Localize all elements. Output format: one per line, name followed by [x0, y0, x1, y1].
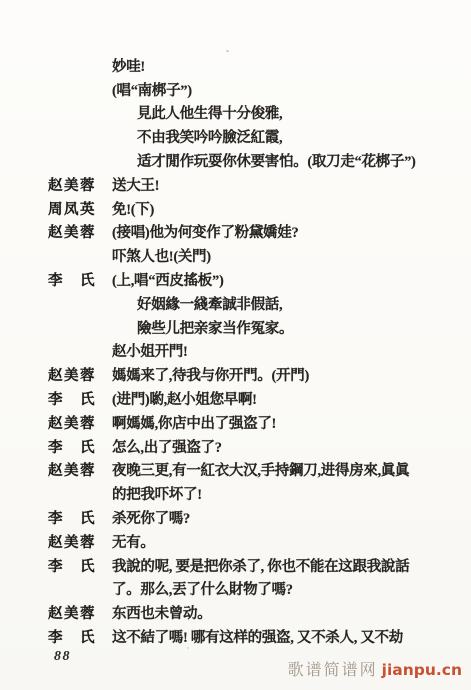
dialogue-text: 我說的呢, 要是把你杀了, 你也不能在这跟我說話 [112, 555, 409, 576]
dialogue-text: (接唱)他为何变作了粉黛嬌娃? [112, 221, 298, 242]
watermark-site-name: 歌谱简谱网 [288, 662, 378, 679]
speaker-name: 李 氏 [48, 626, 96, 647]
script-line: 赵美蓉啊媽媽,你店中出了强盗了! [0, 411, 471, 435]
speaker-name: 李 氏 [48, 436, 96, 457]
script-line: 赵美蓉夜晚三更,有一紅衣大汉,手持鋼刀,进得房來,眞眞 [0, 459, 471, 483]
dialogue-text: 这不結了嗎! 哪有这样的强盗, 又不杀人, 又不劫 [112, 626, 403, 647]
dialogue-text: (唱“南梆子”) [112, 79, 192, 100]
speaker-name: 赵美蓉 [48, 459, 96, 480]
dialogue-text: 赵小姐开門! [112, 340, 188, 361]
lyric-line: 适才閒作玩耍你休要害怕。(取刀走“花梆子”) [137, 150, 416, 171]
script-line: 妙哇! [0, 54, 471, 78]
script-line: 赵小姐开門! [0, 340, 471, 364]
lyric-line: 險些儿把亲家当作冤家。 [137, 317, 293, 338]
speaker-name: 赵美蓉 [48, 221, 96, 242]
lyric-line: 不由我笑吟吟臉泛紅霞, [137, 126, 282, 147]
dialogue-text: 啊媽媽,你店中出了强盗了! [112, 412, 276, 433]
dialogue-text: 免!(下) [112, 198, 154, 219]
speaker-name: 李 氏 [48, 388, 96, 409]
speaker-name: 周凤英 [48, 198, 96, 219]
dialogue-text: (上,唱“西皮搖板”) [112, 269, 223, 290]
page-number: 88 [54, 649, 71, 665]
watermark-site-url: jianpu.cn [382, 661, 462, 679]
scanned-script-page: 妙哇!(唱“南梆子”)見此人他生得十分俊雅,不由我笑吟吟臉泛紅霞,适才閒作玩耍你… [0, 0, 471, 690]
script-line: (唱“南梆子”) [0, 78, 471, 102]
speaker-name: 李 氏 [48, 269, 96, 290]
dialogue-text: 的把我吓坏了! [112, 483, 202, 504]
watermark: 歌谱简谱网 jianpu.cn [288, 657, 462, 680]
speaker-name: 赵美蓉 [48, 602, 96, 623]
script-line: 赵美蓉(接唱)他为何变作了粉黛嬌娃? [0, 221, 471, 245]
script-line: 适才閒作玩耍你休要害怕。(取刀走“花梆子”) [0, 149, 471, 173]
dialogue-text: 送大王! [112, 174, 159, 195]
script-line: 的把我吓坏了! [0, 482, 471, 506]
script-line: 赵美蓉东西也未曾动。 [0, 601, 471, 625]
script-line: 赵美蓉无有。 [0, 530, 471, 554]
speaker-name: 赵美蓉 [48, 174, 96, 195]
dialogue-text: 夜晚三更,有一紅衣大汉,手持鋼刀,进得房來,眞眞 [112, 459, 409, 480]
script-line: 赵美蓉媽媽来了,待我与你开門。(开門) [0, 363, 471, 387]
dialogue-text: 媽媽来了,待我与你开門。(开門) [112, 364, 309, 385]
dialogue-text: 东西也未曾动。 [112, 602, 211, 623]
script-line: 吓煞人也!(关門) [0, 244, 471, 268]
dialogue-text: 吓煞人也!(关門) [112, 245, 211, 266]
script-line: 了。那么,丟了什么財物了嗎? [0, 578, 471, 602]
dialogue-text: 妙哇! [112, 55, 145, 76]
lyric-line: 見此人他生得十分俊雅, [137, 102, 282, 123]
scan-speck [226, 50, 229, 52]
speaker-name: 赵美蓉 [48, 412, 96, 433]
speaker-name: 李 氏 [48, 507, 96, 528]
script-line: 李 氏这不結了嗎! 哪有这样的强盗, 又不杀人, 又不劫 [0, 625, 471, 649]
dialogue-text: 无有。 [112, 531, 155, 552]
dialogue-text: 杀死你了嗎? [112, 507, 190, 528]
script-line: 好姻緣一綫牽誠非假話, [0, 292, 471, 316]
dialogue-text: 怎么,出了强盗了? [112, 436, 222, 457]
script-line: 李 氏杀死你了嗎? [0, 506, 471, 530]
script-line: 李 氏怎么,出了强盗了? [0, 435, 471, 459]
speaker-name: 赵美蓉 [48, 531, 96, 552]
script-lines: 妙哇!(唱“南梆子”)見此人他生得十分俊雅,不由我笑吟吟臉泛紅霞,适才閒作玩耍你… [0, 54, 471, 649]
dialogue-text: (进門)喲,赵小姐您早啊! [112, 388, 257, 409]
lyric-line: 好姻緣一綫牽誠非假話, [137, 293, 282, 314]
script-line: 險些儿把亲家当作冤家。 [0, 316, 471, 340]
script-line: 周凤英免!(下) [0, 197, 471, 221]
script-line: 李 氏(进門)喲,赵小姐您早啊! [0, 387, 471, 411]
script-line: 赵美蓉送大王! [0, 173, 471, 197]
script-line: 李 氏我說的呢, 要是把你杀了, 你也不能在这跟我說話 [0, 554, 471, 578]
speaker-name: 赵美蓉 [48, 364, 96, 385]
script-line: 李 氏(上,唱“西皮搖板”) [0, 268, 471, 292]
dialogue-text: 了。那么,丟了什么財物了嗎? [112, 578, 293, 599]
speaker-name: 李 氏 [48, 555, 96, 576]
script-line: 不由我笑吟吟臉泛紅霞, [0, 125, 471, 149]
script-line: 見此人他生得十分俊雅, [0, 102, 471, 126]
